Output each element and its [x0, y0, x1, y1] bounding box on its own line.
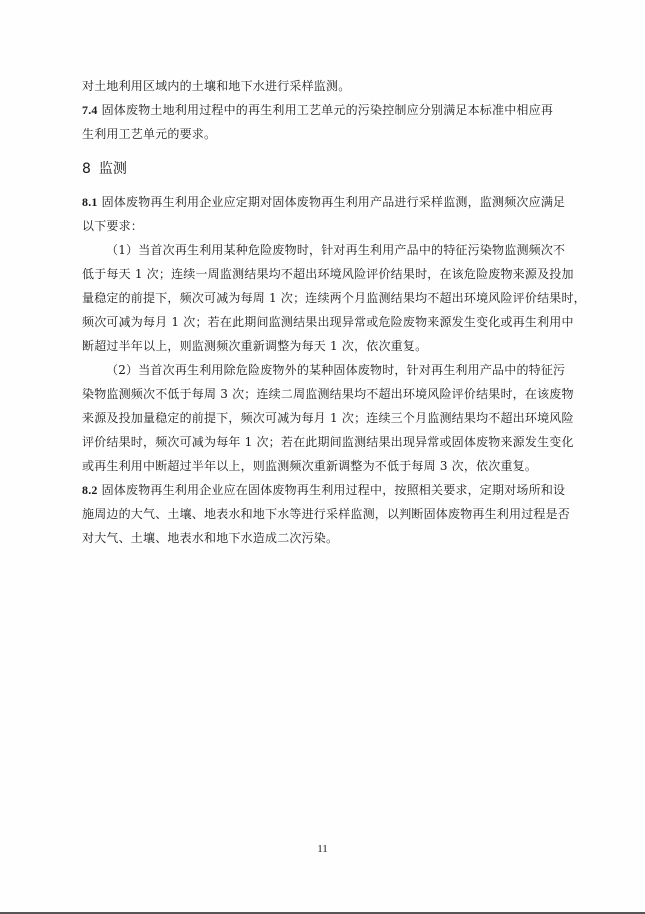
text-line: 8.2固体废物再生利用企业应在固体废物再生利用过程中，按照相关要求，定期对场所和…: [82, 478, 570, 502]
text-line: （2）当首次再生利用除危险废物外的某种固体废物时，针对再生利用产品中的特征污: [82, 358, 570, 382]
text-line: 来源及投加量稳定的前提下，频次可减为每月 1 次；连续三个月监测结果均不超出环境…: [82, 406, 570, 430]
clause-number: 8.2: [82, 483, 98, 497]
text-line: 以下要求：: [82, 214, 570, 238]
clause-text: 固体废物土地利用过程中的再生利用工艺单元的污染控制应分别满足本标准中相应再: [102, 103, 553, 117]
text-line: 染物监测频次不低于每周 3 次；连续二周监测结果均不超出环境风险评价结果时，在该…: [82, 382, 570, 406]
text-line: 7.4固体废物土地利用过程中的再生利用工艺单元的污染控制应分别满足本标准中相应再: [82, 98, 570, 122]
section-heading: 8监测: [82, 158, 570, 180]
document-page: 对土地利用区域内的土壤和地下水进行采样监测。 7.4固体废物土地利用过程中的再生…: [0, 0, 645, 912]
section-title: 监测: [99, 161, 127, 177]
text-line: 生利用工艺单元的要求。: [82, 122, 570, 146]
text-line: 对大气、土壤、地表水和地下水造成二次污染。: [82, 526, 570, 550]
page-content: 对土地利用区域内的土壤和地下水进行采样监测。 7.4固体废物土地利用过程中的再生…: [82, 74, 570, 550]
page-number: 11: [0, 843, 645, 855]
text-line: 低于每天 1 次；连续一周监测结果均不超出环境风险评价结果时，在该危险废物来源及…: [82, 262, 570, 286]
clause-8-1: 8.1固体废物再生利用企业应定期对固体废物再生利用产品进行采样监测，监测频次应满…: [82, 190, 570, 238]
clause-text: 固体废物再生利用企业应定期对固体废物再生利用产品进行采样监测，监测频次应满足: [102, 195, 566, 209]
clause-8-2: 8.2固体废物再生利用企业应在固体废物再生利用过程中，按照相关要求，定期对场所和…: [82, 478, 570, 550]
text-line: 或再生利用中断超过半年以上，则监测频次重新调整为不低于每周 3 次，依次重复。: [82, 454, 570, 478]
paragraph-continuation: 对土地利用区域内的土壤和地下水进行采样监测。: [82, 74, 570, 98]
text-line: 对土地利用区域内的土壤和地下水进行采样监测。: [82, 74, 570, 98]
text-line: 断超过半年以上，则监测频次重新调整为每天 1 次，依次重复。: [82, 334, 570, 358]
clause-number: 7.4: [82, 103, 98, 117]
text-line: 8.1固体废物再生利用企业应定期对固体废物再生利用产品进行采样监测，监测频次应满…: [82, 190, 570, 214]
clause-number: 8.1: [82, 195, 98, 209]
text-line: 评价结果时，频次可减为每年 1 次；若在此期间监测结果出现异常或固体废物来源发生…: [82, 430, 570, 454]
list-item-2: （2）当首次再生利用除危险废物外的某种固体废物时，针对再生利用产品中的特征污 染…: [82, 358, 570, 478]
text-line: 施周边的大气、土壤、地表水和地下水等进行采样监测，以判断固体废物再生利用过程是否: [82, 502, 570, 526]
text-line: 频次可减为每月 1 次；若在此期间监测结果出现异常或危险废物来源发生变化或再生利…: [82, 310, 570, 334]
clause-text: 固体废物再生利用企业应在固体废物再生利用过程中，按照相关要求，定期对场所和设: [102, 483, 566, 497]
text-line: 量稳定的前提下，频次可减为每周 1 次；连续两个月监测结果均不超出环境风险评价结…: [82, 286, 570, 310]
clause-7-4: 7.4固体废物土地利用过程中的再生利用工艺单元的污染控制应分别满足本标准中相应再…: [82, 98, 570, 146]
list-item-1: （1）当首次再生利用某种危险废物时，针对再生利用产品中的特征污染物监测频次不 低…: [82, 238, 570, 358]
text-line: （1）当首次再生利用某种危险废物时，针对再生利用产品中的特征污染物监测频次不: [82, 238, 570, 262]
section-number: 8: [82, 161, 91, 177]
